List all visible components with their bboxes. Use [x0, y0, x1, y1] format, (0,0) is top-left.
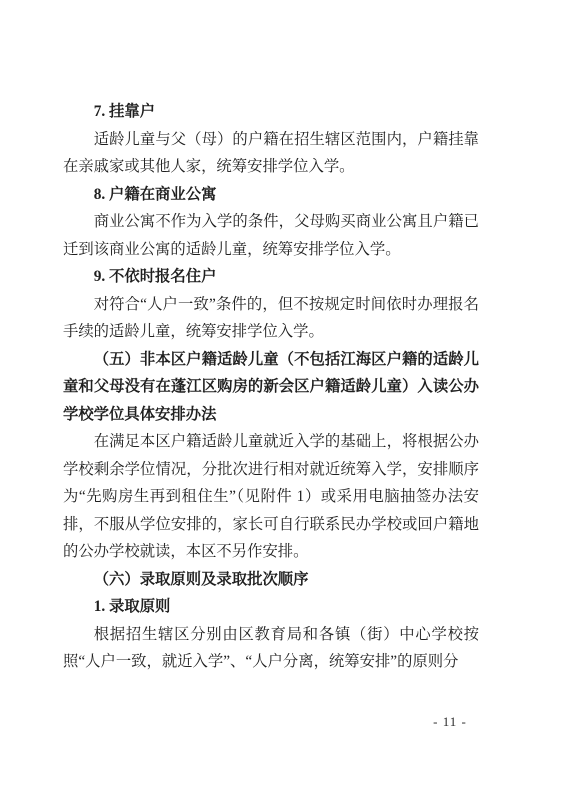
page-number: - 11 -	[419, 708, 481, 736]
section-heading-liu: （六）录取原则及录取批次顺序	[63, 566, 479, 594]
body-paragraph: 对符合“人户一致”条件的，但不按规定时间依时办理报名手续的适龄儿童，统筹安排学位…	[63, 291, 479, 346]
body-paragraph: 商业公寓不作为入学的条件，父母购买商业公寓且户籍已迁到该商业公寓的适龄儿童，统筹…	[63, 208, 479, 263]
document-page: 7. 挂靠户 适龄儿童与父（母）的户籍在招生辖区范围内，户籍挂靠在亲戚家或其他人…	[0, 0, 566, 800]
body-paragraph: 根据招生辖区分别由区教育局和各镇（街）中心学校按照“人户一致，就近入学”、“人户…	[63, 621, 479, 676]
section-heading-9: 9. 不依时报名住户	[63, 263, 479, 291]
subsection-heading-1: 1. 录取原则	[63, 593, 479, 621]
body-paragraph: 适龄儿童与父（母）的户籍在招生辖区范围内，户籍挂靠在亲戚家或其他人家，统筹安排学…	[63, 126, 479, 181]
section-heading-8: 8. 户籍在商业公寓	[63, 181, 479, 209]
body-paragraph: 在满足本区户籍适龄儿童就近入学的基础上，将根据公办学校剩余学位情况，分批次进行相…	[63, 428, 479, 566]
section-heading-7: 7. 挂靠户	[63, 98, 479, 126]
section-heading-wu: （五）非本区户籍适龄儿童（不包括江海区户籍的适龄儿童和父母没有在蓬江区购房的新会…	[63, 346, 479, 429]
document-text-block: 7. 挂靠户 适龄儿童与父（母）的户籍在招生辖区范围内，户籍挂靠在亲戚家或其他人…	[63, 98, 479, 676]
